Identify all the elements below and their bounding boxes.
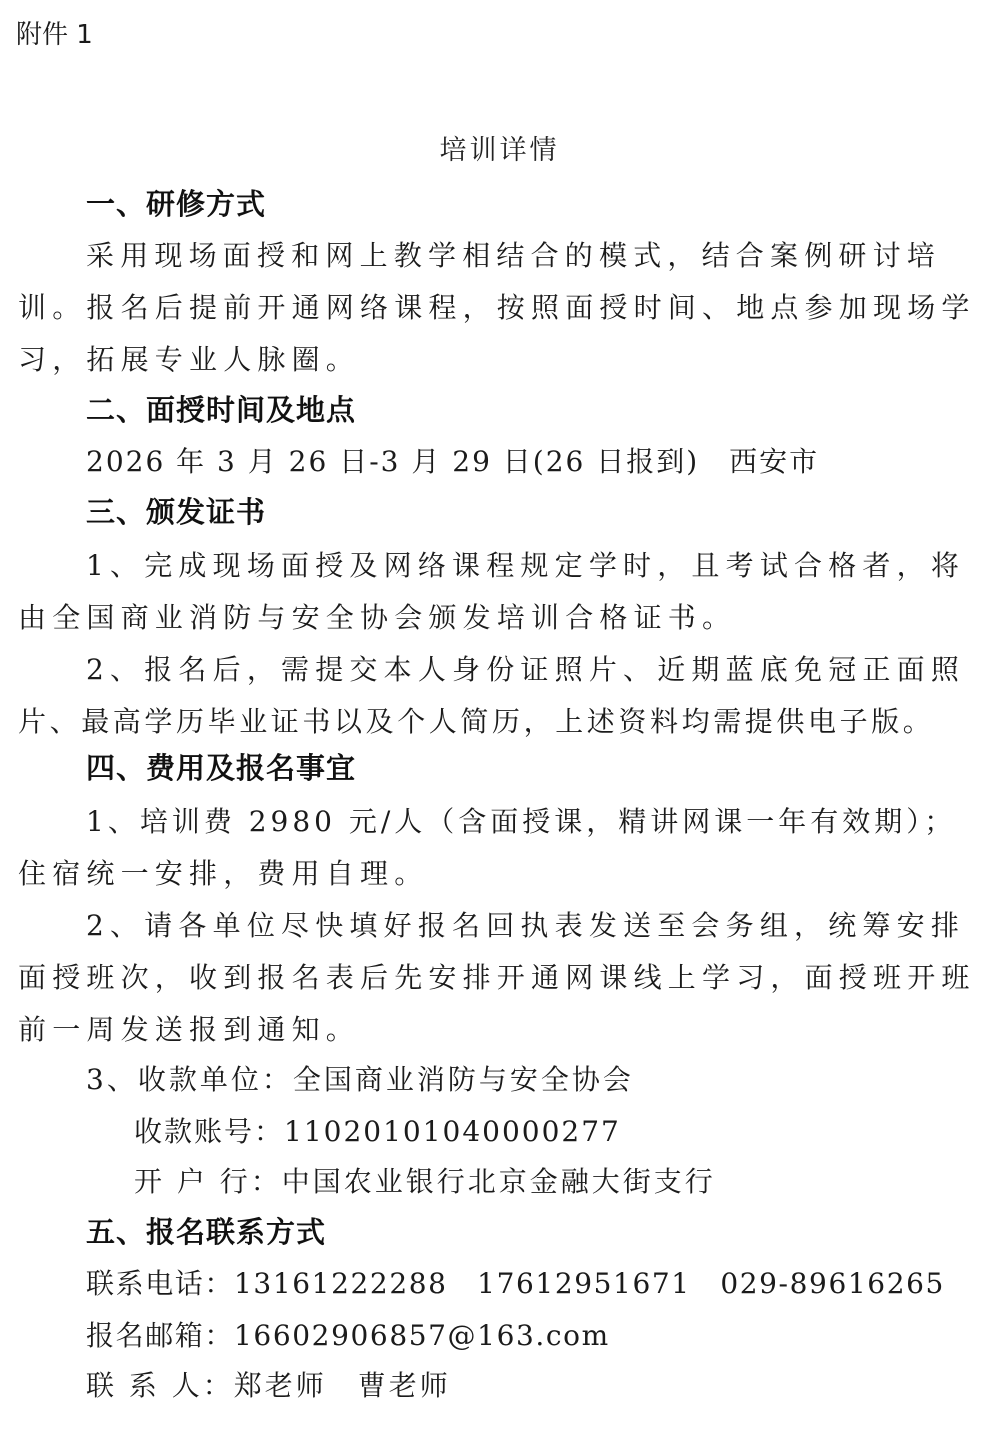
section-heading-fees-registration: 四、费用及报名事宜 [86, 746, 356, 787]
contact-person-line: 联 系 人：郑老师 曹老师 [86, 1364, 451, 1404]
contact-email-line: 报名邮箱：16602906857@163.com [86, 1314, 610, 1354]
page-title: 培训详情 [0, 128, 999, 167]
paragraph-line: 住宿统一安排，费用自理。 [18, 852, 428, 892]
date-location-line: 2026 年 3 月 26 日-3 月 29 日(26 日报到) 西安市 [86, 440, 819, 480]
paragraph-line: 2、报名后，需提交本人身份证照片、近期蓝底免冠正面照 [86, 648, 965, 688]
paragraph-line: 训。报名后提前开通网络课程，按照面授时间、地点参加现场学 [18, 286, 976, 326]
paragraph-line: 1、完成现场面授及网络课程规定学时，且考试合格者，将 [86, 544, 965, 584]
paragraph-line: 2、请各单位尽快填好报名回执表发送至会务组，统筹安排 [86, 904, 965, 944]
paragraph-line: 前一周发送报到通知。 [18, 1008, 360, 1048]
paragraph-line: 片、最高学历毕业证书以及个人简历，上述资料均需提供电子版。 [18, 700, 934, 740]
paragraph-line: 面授班次，收到报名表后先安排开通网课线上学习，面授班开班 [18, 956, 976, 996]
section-heading-time-location: 二、面授时间及地点 [86, 388, 356, 429]
account-number-line: 收款账号：11020101040000277 [134, 1110, 621, 1150]
attachment-label: 附件 1 [16, 14, 93, 51]
section-heading-certificate: 三、颁发证书 [86, 490, 266, 531]
section-heading-contact: 五、报名联系方式 [86, 1210, 326, 1251]
payee-line: 3、收款单位：全国商业消防与安全协会 [86, 1058, 634, 1098]
paragraph-line: 习，拓展专业人脉圈。 [18, 338, 360, 378]
bank-line: 开 户 行：中国农业银行北京金融大街支行 [134, 1160, 716, 1200]
fee-line: 1、培训费 2980 元/人（含面授课，精讲网课一年有效期）； [86, 800, 956, 840]
paragraph-line: 由全国商业消防与安全协会颁发培训合格证书。 [18, 596, 736, 636]
contact-phone-line: 联系电话：13161222288 17612951671 029-8961626… [86, 1262, 945, 1302]
section-heading-training-mode: 一、研修方式 [86, 182, 266, 223]
paragraph-line: 采用现场面授和网上教学相结合的模式，结合案例研讨培 [86, 234, 941, 274]
